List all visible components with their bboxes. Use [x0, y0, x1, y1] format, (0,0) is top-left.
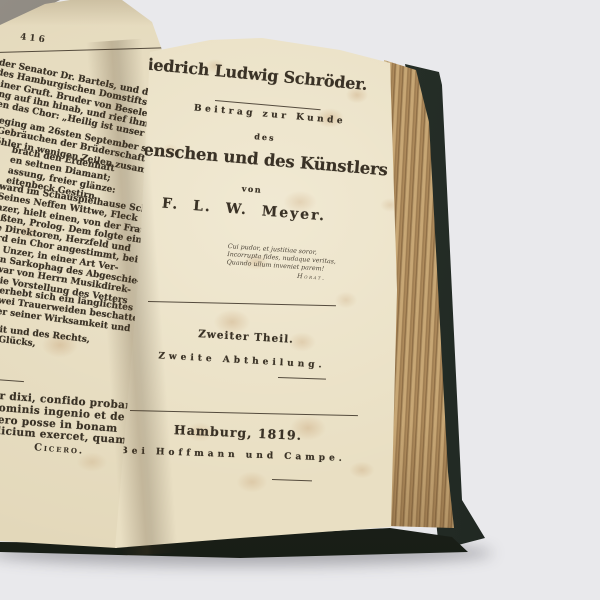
motto-quote: Cui pudor, et justitiae soror, Incorrupt…: [226, 243, 340, 283]
page-number: 416: [19, 32, 48, 45]
section-rule: [148, 301, 336, 306]
paragraph: it und des Rechts, Glücks,: [0, 325, 90, 356]
quote-attribution: Cicero.: [34, 442, 85, 456]
small-rule: [278, 377, 326, 380]
small-rule: [272, 479, 312, 481]
book-photo: 416 der Senator Dr. Bartels, und der des…: [0, 0, 600, 600]
book-title: Friedrich Ludwig Schröder.: [122, 52, 375, 94]
separator-rule: [0, 379, 24, 382]
